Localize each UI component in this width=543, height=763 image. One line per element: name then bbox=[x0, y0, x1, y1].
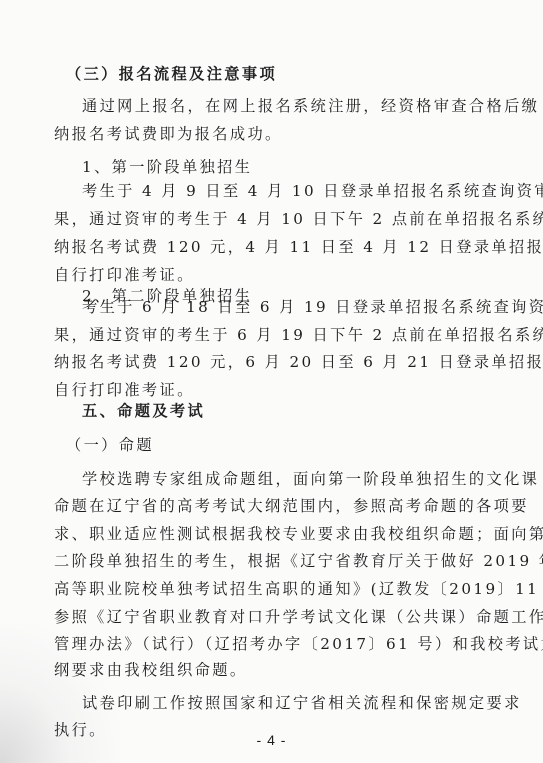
paragraph-line: 果，通过资审的考生于 6 月 19 日下午 2 点前在单招报名系统缴 bbox=[54, 325, 467, 345]
paragraph-line: 学校选聘专家组成命题组，面向第一阶段单独招生的文化课 bbox=[82, 469, 467, 489]
paragraph-line: 管理办法》（试行）（辽招考办字〔2017〕61 号）和我校考试大 bbox=[54, 634, 467, 654]
section-heading-proposition-exam: 五、命题及考试 bbox=[82, 401, 205, 421]
paragraph-line: 纳报名考试费 120 元，4 月 11 日至 4 月 12 日登录单招报名系统 bbox=[54, 237, 467, 257]
page-number: - 4 - bbox=[0, 732, 543, 748]
paragraph-line: 命题在辽宁省的高考考试大纲范围内，参照高考命题的各项要 bbox=[54, 496, 467, 516]
paragraph-line: 试卷印刷工作按照国家和辽宁省相关流程和保密规定要求 bbox=[82, 693, 467, 713]
subheading-proposition: （一）命题 bbox=[66, 435, 154, 455]
paragraph-line: 考生于 4 月 9 日至 4 月 10 日登录单招报名系统查询资审结 bbox=[82, 181, 467, 201]
paragraph-line: 自行打印准考证。 bbox=[54, 380, 195, 400]
paragraph-line: 自行打印准考证。 bbox=[54, 265, 195, 285]
paragraph-line: 果，通过资审的考生于 4 月 10 日下午 2 点前在单招报名系统缴 bbox=[54, 209, 467, 229]
paragraph-line: 通过网上报名，在网上报名系统注册，经资格审查合格后缴 bbox=[82, 96, 467, 116]
paragraph-line: 参照《辽宁省职业教育对口升学考试文化课（公共课）命题工作 bbox=[54, 607, 467, 627]
subheading-stage1: 1、第一阶段单独招生 bbox=[82, 157, 252, 177]
paragraph-line: 考生于 6 月 18 日至 6 月 19 日登录单招报名系统查询资审结 bbox=[82, 297, 467, 317]
paragraph-line: 求、职业适应性测试根据我校专业要求由我校组织命题；面向第 bbox=[54, 524, 467, 544]
section-heading-registration-process: （三）报名流程及注意事项 bbox=[66, 64, 277, 84]
paragraph-line: 纳报名考试费 120 元，6 月 20 日至 6 月 21 日登录单招报名系统 bbox=[54, 352, 467, 372]
paragraph-line: 高等职业院校单独考试招生高职的通知》(辽教发〔2019〕11 号)， bbox=[54, 579, 467, 599]
paragraph-line: 二阶段单独招生的考生，根据《辽宁省教育厅关于做好 2019 年 bbox=[54, 551, 467, 571]
paragraph-line: 纲要求由我校组织命题。 bbox=[54, 660, 247, 680]
paragraph-line: 纳报名考试费即为报名成功。 bbox=[54, 124, 283, 144]
